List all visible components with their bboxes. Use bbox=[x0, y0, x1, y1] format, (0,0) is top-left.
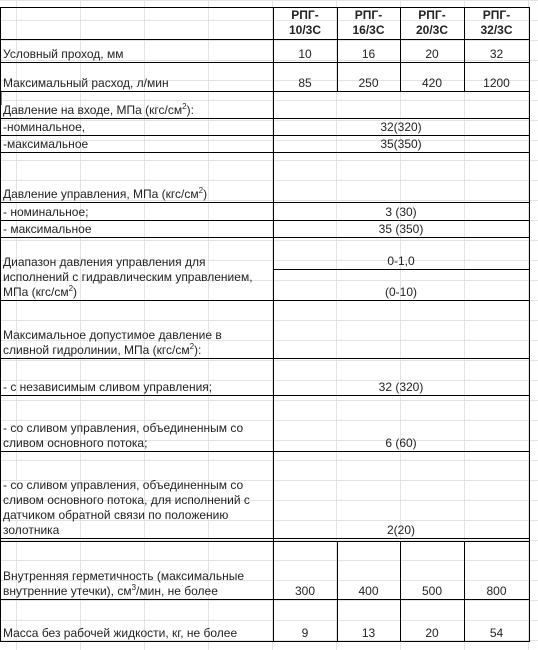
table-border bbox=[400, 541, 401, 642]
table-border bbox=[0, 599, 530, 600]
table-border bbox=[337, 541, 338, 642]
row-label-max-flow-text: Максимальный расход, л/мин bbox=[3, 76, 169, 91]
max-flow-value-text: 250 bbox=[358, 76, 378, 91]
table-border bbox=[529, 7, 530, 642]
row-label-internal-leak-text: Внутренняя герметичность (максимальные в… bbox=[3, 569, 270, 599]
column-header-4: РПГ-32/3С bbox=[464, 7, 529, 39]
table-border bbox=[273, 269, 530, 270]
column-header-1: РПГ-10/3С bbox=[273, 7, 337, 39]
superscript: 2 bbox=[182, 102, 186, 111]
max-flow-value: 1200 bbox=[464, 62, 529, 91]
mass-value: 13 bbox=[337, 599, 400, 641]
table-border bbox=[0, 300, 530, 301]
mass-value-text: 20 bbox=[425, 626, 438, 641]
drain-combined-feedback-value-text: 2(20) bbox=[387, 523, 415, 538]
row-label-inlet-max-text: -максимальное bbox=[3, 137, 88, 152]
control-range-kgf-text: (0-10) bbox=[385, 285, 417, 300]
table-border bbox=[337, 7, 338, 91]
internal-leak-value: 400 bbox=[337, 541, 400, 599]
table-border bbox=[0, 451, 530, 452]
table-border bbox=[0, 62, 530, 63]
mass-value: 9 bbox=[273, 599, 337, 641]
internal-leak-value-text: 500 bbox=[422, 584, 442, 599]
control-range-kgf: (0-10) bbox=[273, 269, 529, 300]
internal-leak-value: 300 bbox=[273, 541, 337, 599]
internal-leak-value-text: 800 bbox=[486, 584, 506, 599]
row-label-control-nominal-text: - номинальное; bbox=[3, 205, 88, 220]
inlet-max-value-text: 35(350) bbox=[380, 137, 421, 152]
row-label-control-pressure-text: Давление управления, МПа (кгс/см2) bbox=[3, 187, 207, 202]
column-header-3-text: РПГ-20/3С bbox=[416, 8, 448, 38]
mass-value: 54 bbox=[464, 599, 529, 641]
superscript: 2 bbox=[190, 342, 194, 351]
row-label-nominal-bore: Условный проход, мм bbox=[0, 39, 273, 62]
mass-value-text: 13 bbox=[362, 626, 375, 641]
internal-leak-value-text: 300 bbox=[295, 584, 315, 599]
row-label-control-range-text: Диапазон давления управления для исполне… bbox=[3, 255, 270, 300]
control-max-value-text: 35 (350) bbox=[379, 222, 424, 237]
nominal-bore-value-text: 16 bbox=[362, 47, 375, 62]
row-label-control-max-text: - максимальное bbox=[3, 222, 92, 237]
drain-combined-value-text: 6 (60) bbox=[385, 436, 416, 451]
table-border bbox=[0, 152, 530, 153]
row-label-inlet-max: -максимальное bbox=[0, 135, 273, 152]
row-label-inlet-nominal-text: -номинальное, bbox=[3, 120, 85, 135]
max-flow-value-text: 1200 bbox=[483, 76, 510, 91]
table-border bbox=[0, 237, 530, 238]
row-label-drain-pressure-text: Максимальное допустимое давление в сливн… bbox=[3, 328, 270, 358]
row-label-drain-pressure: Максимальное допустимое давление в сливн… bbox=[0, 300, 273, 358]
inlet-nominal-value-text: 32(320) bbox=[380, 120, 421, 135]
table-border bbox=[0, 135, 530, 136]
table-border bbox=[0, 641, 530, 642]
row-label-control-range: Диапазон давления управления для исполне… bbox=[0, 237, 273, 300]
row-label-drain-independent: - с независимым сливом управления; bbox=[0, 358, 273, 395]
superscript: 3 bbox=[132, 583, 136, 592]
row-label-inlet-pressure-text: Давление на входе, МПа (кгс/см2): bbox=[3, 103, 194, 118]
row-label-drain-combined-text: - со сливом управления, объединенным со … bbox=[3, 421, 270, 451]
row-label-drain-combined: - со сливом управления, объединенным со … bbox=[0, 395, 273, 451]
table-border bbox=[0, 118, 530, 119]
control-nominal-value-text: 3 (30) bbox=[385, 205, 416, 220]
control-range-mpa-text: 0-1,0 bbox=[387, 254, 414, 269]
nominal-bore-value: 20 bbox=[400, 39, 464, 62]
drain-combined-feedback-value: 2(20) bbox=[273, 451, 529, 538]
table-border bbox=[0, 395, 530, 396]
internal-leak-value-text: 400 bbox=[358, 584, 378, 599]
control-max-value: 35 (350) bbox=[273, 220, 529, 237]
table-border bbox=[0, 358, 530, 359]
row-label-nominal-bore-text: Условный проход, мм bbox=[3, 47, 123, 62]
drain-independent-value-text: 32 (320) bbox=[379, 380, 424, 395]
column-header-2: РПГ-16/3С bbox=[337, 7, 400, 39]
mass-value: 20 bbox=[400, 599, 464, 641]
superscript: 2 bbox=[199, 186, 203, 195]
internal-leak-value: 800 bbox=[464, 541, 529, 599]
row-label-internal-leak: Внутренняя герметичность (максимальные в… bbox=[0, 541, 273, 599]
table-border bbox=[0, 91, 530, 92]
column-header-4-text: РПГ-32/3С bbox=[480, 8, 512, 38]
table-border bbox=[0, 220, 530, 221]
mass-value-text: 9 bbox=[302, 626, 309, 641]
nominal-bore-value-text: 10 bbox=[298, 47, 311, 62]
row-label-mass-text: Масса без рабочей жидкости, кг, не более bbox=[3, 626, 237, 641]
drain-independent-value: 32 (320) bbox=[273, 358, 529, 395]
nominal-bore-value-text: 32 bbox=[490, 47, 503, 62]
row-label-drain-combined-feedback: - со сливом управления, объединенным со … bbox=[0, 451, 273, 538]
row-label-max-flow: Максимальный расход, л/мин bbox=[0, 62, 273, 91]
inlet-max-value: 35(350) bbox=[273, 135, 529, 152]
max-flow-value: 420 bbox=[400, 62, 464, 91]
table-border bbox=[0, 202, 530, 203]
nominal-bore-value: 10 bbox=[273, 39, 337, 62]
control-range-mpa: 0-1,0 bbox=[273, 237, 529, 269]
table-border bbox=[0, 538, 530, 539]
row-label-inlet-pressure: Давление на входе, МПа (кгс/см2): bbox=[0, 91, 273, 118]
table-border bbox=[464, 7, 465, 91]
table-border bbox=[0, 7, 530, 8]
max-flow-value-text: 85 bbox=[298, 76, 311, 91]
nominal-bore-value: 32 bbox=[464, 39, 529, 62]
max-flow-value: 250 bbox=[337, 62, 400, 91]
table-border bbox=[0, 39, 530, 40]
table-border bbox=[464, 541, 465, 642]
inlet-nominal-value: 32(320) bbox=[273, 118, 529, 135]
internal-leak-value: 500 bbox=[400, 541, 464, 599]
row-label-control-nominal: - номинальное; bbox=[0, 202, 273, 220]
row-label-drain-independent-text: - с независимым сливом управления; bbox=[3, 380, 212, 395]
max-flow-value-text: 420 bbox=[422, 76, 442, 91]
mass-value-text: 54 bbox=[490, 626, 503, 641]
control-nominal-value: 3 (30) bbox=[273, 202, 529, 220]
row-label-control-max: - максимальное bbox=[0, 220, 273, 237]
column-header-2-text: РПГ-16/3С bbox=[352, 8, 384, 38]
row-label-control-pressure: Давление управления, МПа (кгс/см2) bbox=[0, 152, 273, 202]
table-border bbox=[0, 7, 1, 642]
row-label-drain-combined-feedback-text: - со сливом управления, объединенным со … bbox=[3, 478, 270, 538]
nominal-bore-value: 16 bbox=[337, 39, 400, 62]
column-header-1-text: РПГ-10/3С bbox=[289, 8, 321, 38]
table-border bbox=[273, 7, 274, 642]
nominal-bore-value-text: 20 bbox=[425, 47, 438, 62]
table-border bbox=[400, 7, 401, 91]
row-label-mass: Масса без рабочей жидкости, кг, не более bbox=[0, 599, 273, 641]
column-header-3: РПГ-20/3С bbox=[400, 7, 464, 39]
drain-combined-value: 6 (60) bbox=[273, 395, 529, 451]
table-border bbox=[0, 541, 530, 542]
superscript: 2 bbox=[69, 284, 73, 293]
row-label-inlet-nominal: -номинальное, bbox=[0, 118, 273, 135]
max-flow-value: 85 bbox=[273, 62, 337, 91]
